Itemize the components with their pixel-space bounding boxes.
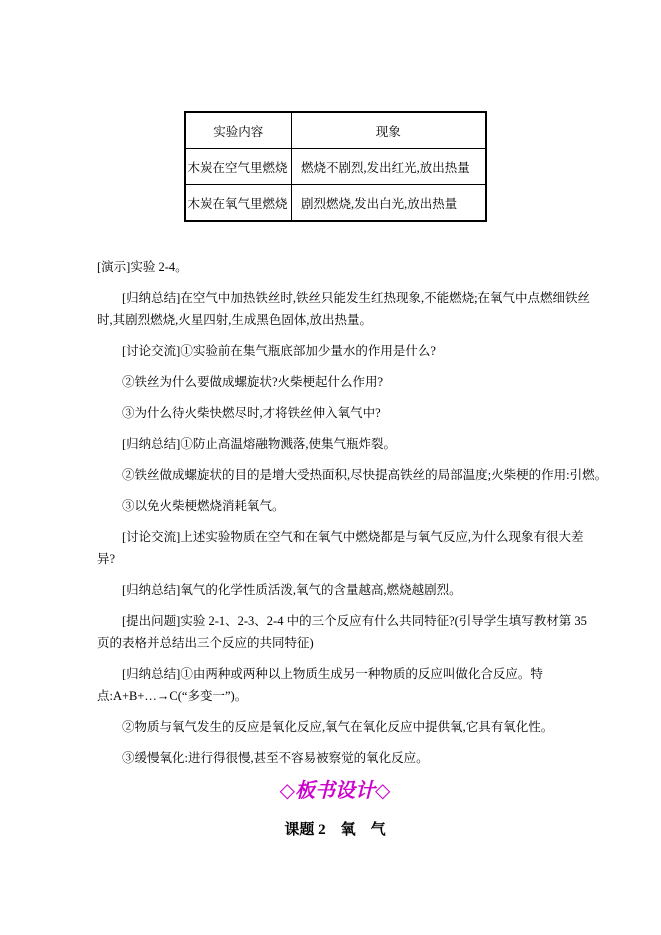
text-line: [归纳总结]①防止高温熔融物溅落,使集气瓶炸裂。 <box>97 433 573 455</box>
text-line: [演示]实验 2-4。 <box>97 256 573 278</box>
table-header-row: 实验内容 现象 <box>185 112 486 149</box>
paragraph-summary-iron-wire: [归纳总结]在空气中加热铁丝时,铁丝只能发生红热现象,不能燃烧;在氧气中点燃细铁… <box>97 287 573 331</box>
paragraph-discussion-question-2: ②铁丝为什么要做成螺旋状?火柴梗起什么作用? <box>97 371 573 393</box>
experiment-table: 实验内容 现象 木炭在空气里燃烧 燃烧不剧烈,发出红光,放出热量 木炭在氧气里燃… <box>184 111 487 222</box>
text-line: [归纳总结]在空气中加热铁丝时,铁丝只能发生红热现象,不能燃烧;在氧气中点燃细铁… <box>97 287 573 309</box>
paragraph-slow-oxidation: ③缓慢氧化:进行得很慢,甚至不容易被察觉的氧化反应。 <box>97 747 573 769</box>
table-cell-content: 木炭在氧气里燃烧 <box>185 185 292 222</box>
table-cell-phenomenon: 剧烈燃烧,发出白光,放出热量 <box>292 185 486 222</box>
paragraph-oxidation-reaction: ②物质与氧气发生的反应是氧化反应,氧气在氧化反应中提供氧,它具有氧化性。 <box>97 716 573 738</box>
table-header-experiment-content: 实验内容 <box>185 112 292 149</box>
paragraph-demonstration: [演示]实验 2-4。 <box>97 256 573 278</box>
table-row: 木炭在氧气里燃烧 剧烈燃烧,发出白光,放出热量 <box>185 185 486 222</box>
text-line: 异? <box>97 548 573 570</box>
paragraph-discussion-question-3: ③为什么待火柴快燃尽时,才将铁丝伸入氧气中? <box>97 402 573 424</box>
paragraph-summary-combination-reaction: [归纳总结]①由两种或两种以上物质生成另一种物质的反应叫做化合反应。特 点:A+… <box>97 663 573 707</box>
paragraph-summary-answer-3: ③以免火柴梗燃烧消耗氧气。 <box>97 495 573 517</box>
text-line: ③缓慢氧化:进行得很慢,甚至不容易被察觉的氧化反应。 <box>97 747 573 769</box>
text-line: 时,其剧烈燃烧,火星四射,生成黑色固体,放出热量。 <box>97 309 573 331</box>
table-header-phenomenon: 现象 <box>292 112 486 149</box>
paragraph-summary-answer-2: ②铁丝做成螺旋状的目的是增大受热面积,尽快提高铁丝的局部温度;火柴梗的作用:引燃… <box>97 464 573 486</box>
paragraph-discussion-question-1: [讨论交流]①实验前在集气瓶底部加少量水的作用是什么? <box>97 340 573 362</box>
lesson-title: 课题 2 氧 气 <box>97 820 573 840</box>
text-line: [讨论交流]上述实验物质在空气和在氧气中燃烧都是与氧气反应,为什么现象有很大差 <box>97 526 573 548</box>
text-line: 点:A+B+…→C(“多变一”)。 <box>97 685 573 707</box>
paragraph-raise-question: [提出问题]实验 2-1、2-3、2-4 中的三个反应有什么共同特征?(引导学生… <box>97 610 573 654</box>
text-line: 页的表格并总结出三个反应的共同特征) <box>97 632 573 654</box>
text-line: ②物质与氧气发生的反应是氧化反应,氧气在氧化反应中提供氧,它具有氧化性。 <box>97 716 573 738</box>
paragraph-summary-answer-1: [归纳总结]①防止高温熔融物溅落,使集气瓶炸裂。 <box>97 433 573 455</box>
text-line: ②铁丝为什么要做成螺旋状?火柴梗起什么作用? <box>97 371 573 393</box>
text-line: ③为什么待火柴快燃尽时,才将铁丝伸入氧气中? <box>97 402 573 424</box>
paragraph-discussion-difference: [讨论交流]上述实验物质在空气和在氧气中燃烧都是与氧气反应,为什么现象有很大差 … <box>97 526 573 570</box>
text-line: [提出问题]实验 2-1、2-3、2-4 中的三个反应有什么共同特征?(引导学生… <box>97 610 573 632</box>
document-page: 实验内容 现象 木炭在空气里燃烧 燃烧不剧烈,发出红光,放出热量 木炭在氧气里燃… <box>0 111 661 840</box>
text-line: ②铁丝做成螺旋状的目的是增大受热面积,尽快提高铁丝的局部温度;火柴梗的作用:引燃… <box>97 464 573 486</box>
table-cell-phenomenon: 燃烧不剧烈,发出红光,放出热量 <box>292 149 486 185</box>
text-line: [讨论交流]①实验前在集气瓶底部加少量水的作用是什么? <box>97 340 573 362</box>
paragraph-summary-oxygen-activity: [归纳总结]氧气的化学性质活泼,氧气的含量越高,燃烧越剧烈。 <box>97 579 573 601</box>
text-line: [归纳总结]氧气的化学性质活泼,氧气的含量越高,燃烧越剧烈。 <box>97 579 573 601</box>
table-cell-content: 木炭在空气里燃烧 <box>185 149 292 185</box>
text-line: [归纳总结]①由两种或两种以上物质生成另一种物质的反应叫做化合反应。特 <box>97 663 573 685</box>
board-design-heading: ◇板书设计◇ <box>97 778 573 804</box>
text-line: ③以免火柴梗燃烧消耗氧气。 <box>97 495 573 517</box>
table-row: 木炭在空气里燃烧 燃烧不剧烈,发出红光,放出热量 <box>185 149 486 185</box>
